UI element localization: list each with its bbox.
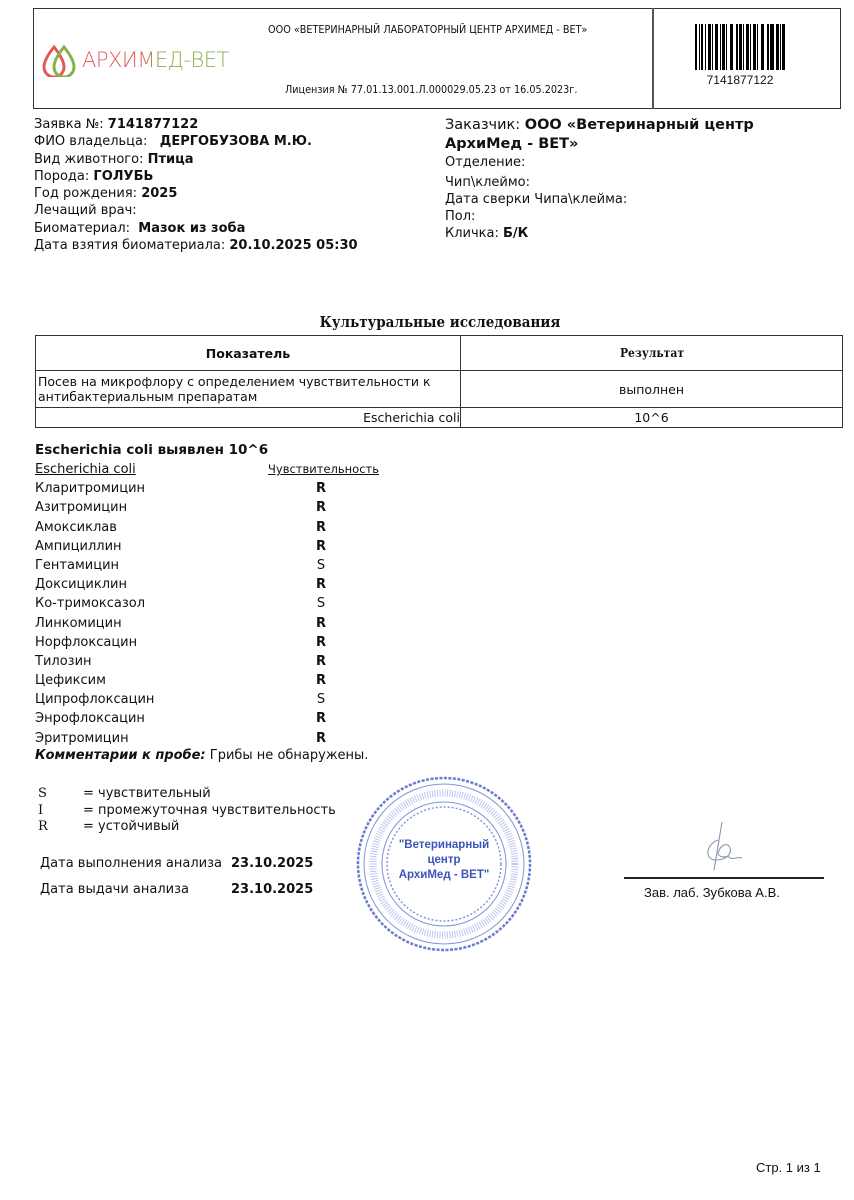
drug-name: Азитромицин [35, 500, 127, 515]
sensitivity-value: R [315, 635, 327, 650]
organism-header: Escherichia coli [35, 462, 136, 477]
chip-date-row: Дата сверки Чипа\клейма: [445, 191, 754, 208]
antibiogram-row: КларитромицинR [35, 481, 435, 500]
legend-key: I [38, 803, 43, 820]
barcode-number: 7141877122 [695, 73, 785, 87]
chip-row: Чип\клеймо: [445, 174, 754, 191]
drug-name: Энрофлоксацин [35, 711, 145, 726]
legend-row: R= устойчивый [38, 819, 358, 836]
completed-date: 23.10.2025 [231, 856, 313, 871]
antibiogram-row: АмпициллинR [35, 539, 435, 558]
signature-line [624, 877, 824, 879]
indicator-cell: Escherichia coli [36, 408, 461, 428]
col-indicator: Показатель [36, 336, 461, 371]
antibiogram-row: НорфлоксацинR [35, 635, 435, 654]
drug-name: Кларитромицин [35, 481, 145, 496]
antibiogram-row: ЛинкомицинR [35, 616, 435, 635]
drug-name: Ампициллин [35, 539, 122, 554]
issued-date-row: Дата выдачи анализа 23.10.2025 [40, 882, 340, 908]
sensitivity-value: R [315, 500, 327, 515]
antibiogram-row: ЦипрофлоксацинS [35, 692, 435, 711]
dates: Дата выполнения анализа 23.10.2025 Дата … [40, 856, 340, 908]
patient-info: Заявка №: 7141877122 ФИО владельца: ДЕРГ… [34, 116, 358, 254]
result-cell: 10^6 [461, 408, 843, 428]
legend-desc: = чувствительный [83, 786, 211, 803]
stamp-text: "Ветеринарный центр АрхиМед - ВЕТ" [354, 838, 534, 883]
department-row: Отделение: [445, 154, 754, 174]
sensitivity-value: R [315, 539, 327, 554]
legend-key: S [38, 786, 47, 803]
antibiogram-row: ДоксициклинR [35, 577, 435, 596]
birth-year: 2025 [141, 186, 177, 201]
sensitivity-value: R [315, 481, 327, 496]
sensitivity-value: R [315, 673, 327, 688]
barcode [695, 24, 785, 70]
antibiogram-row: АзитромицинR [35, 500, 435, 519]
drug-name: Тилозин [35, 654, 92, 669]
sensitivity-value: R [315, 654, 327, 669]
owner-name: ДЕРГОБУЗОВА М.Ю. [160, 134, 312, 149]
customer-info: Заказчик: ООО «Ветеринарный центр АрхиМе… [445, 116, 754, 242]
sensitivity-value: S [315, 596, 327, 611]
license: Лицензия № 77.01.13.001.Л.000029.05.23 о… [285, 84, 577, 96]
breed: ГОЛУБЬ [93, 169, 153, 184]
doctor-row: Лечащий врач: [34, 202, 358, 219]
sample-date: 20.10.2025 05:30 [229, 238, 357, 253]
comment: Комментарии к пробе: Грибы не обнаружены… [35, 748, 368, 763]
culture-title: Культуральные исследования [44, 313, 836, 331]
antibiogram-row: АмоксиклавR [35, 520, 435, 539]
legend-row: I= промежуточная чувствительность [38, 803, 358, 820]
drops-logo-icon [42, 43, 76, 77]
biomaterial-row: Биоматериал: Мазок из зоба [34, 220, 358, 237]
sensitivity-value: R [315, 520, 327, 535]
stamp: "Ветеринарный центр АрхиМед - ВЕТ" [354, 774, 534, 954]
indicator-cell: Посев на микрофлору с определением чувст… [36, 371, 461, 408]
legend: S= чувствительныйI= промежуточная чувств… [38, 786, 358, 836]
culture-table: Показатель Результат Посев на микрофлору… [35, 335, 843, 428]
signatory-name: Зав. лаб. Зубкова А.В. [644, 885, 780, 900]
issued-date: 23.10.2025 [231, 882, 313, 897]
antibiogram-row: ЭритромицинR [35, 731, 435, 750]
antibiogram-row: ЦефиксимR [35, 673, 435, 692]
customer-name: ООО «Ветеринарный центр [525, 117, 754, 133]
legend-desc: = промежуточная чувствительность [83, 803, 336, 820]
nickname-row: Кличка: Б/К [445, 225, 754, 242]
antibiogram-row: ЭнрофлоксацинR [35, 711, 435, 730]
breed-row: Порода: ГОЛУБЬ [34, 168, 358, 185]
antibiogram-row: Ко-тримоксазолS [35, 596, 435, 615]
result-cell: выполнен [461, 371, 843, 408]
page-number: Стр. 1 из 1 [756, 1160, 821, 1175]
species: Птица [148, 152, 194, 167]
order-row: Заявка №: 7141877122 [34, 116, 358, 133]
sensitivity-header: Чувствительность [268, 462, 379, 476]
owner-row: ФИО владельца: ДЕРГОБУЗОВА М.Ю. [34, 133, 358, 150]
birth-year-row: Год рождения: 2025 [34, 185, 358, 202]
sensitivity-value: S [315, 558, 327, 573]
drug-name: Доксициклин [35, 577, 127, 592]
drug-name: Ко-тримоксазол [35, 596, 145, 611]
legend-row: S= чувствительный [38, 786, 358, 803]
drug-name: Гентамицин [35, 558, 119, 573]
antibiogram-title: Escherichia coli выявлен 10^6 [35, 442, 268, 458]
logo: АРХИМЕД-ВЕТ [42, 42, 229, 78]
legend-desc: = устойчивый [83, 819, 179, 836]
biomaterial: Мазок из зоба [138, 221, 245, 236]
sensitivity-value: R [315, 711, 327, 726]
signature-icon [700, 820, 750, 875]
completed-date-row: Дата выполнения анализа 23.10.2025 [40, 856, 340, 882]
customer-name-line2: АрхиМед - ВЕТ» [445, 136, 578, 152]
drug-name: Линкомицин [35, 616, 122, 631]
header-divider [652, 8, 654, 109]
legend-key: R [38, 819, 48, 836]
sensitivity-value: R [315, 731, 327, 746]
table-row: Escherichia coli 10^6 [36, 408, 843, 428]
comment-label: Комментарии к пробе: [35, 748, 206, 763]
drug-name: Норфлоксацин [35, 635, 137, 650]
nickname: Б/К [503, 226, 528, 241]
org-name: ООО «ВЕТЕРИНАРНЫЙ ЛАБОРАТОРНЫЙ ЦЕНТР АРХ… [268, 24, 587, 36]
drug-name: Цефиксим [35, 673, 106, 688]
col-result: Результат [480, 336, 824, 371]
sensitivity-value: S [315, 692, 327, 707]
logo-text: АРХИМЕД-ВЕТ [82, 48, 229, 72]
customer-row: Заказчик: ООО «Ветеринарный центр [445, 116, 754, 135]
species-row: Вид животного: Птица [34, 151, 358, 168]
sensitivity-value: R [315, 577, 327, 592]
sample-date-row: Дата взятия биоматериала: 20.10.2025 05:… [34, 237, 358, 254]
drug-name: Амоксиклав [35, 520, 117, 535]
table-row: Посев на микрофлору с определением чувст… [36, 371, 843, 408]
drug-name: Эритромицин [35, 731, 129, 746]
antibiogram-header: Escherichia coli Чувствительность [35, 462, 435, 481]
order-number: 7141877122 [108, 117, 198, 132]
signature [700, 820, 750, 875]
antibiogram-row: ГентамицинS [35, 558, 435, 577]
antibiogram-list: Escherichia coli Чувствительность Кларит… [35, 462, 435, 750]
drug-name: Ципрофлоксацин [35, 692, 154, 707]
antibiogram-row: ТилозинR [35, 654, 435, 673]
sensitivity-value: R [315, 616, 327, 631]
sex-row: Пол: [445, 208, 754, 225]
comment-value: Грибы не обнаружены. [210, 748, 369, 763]
